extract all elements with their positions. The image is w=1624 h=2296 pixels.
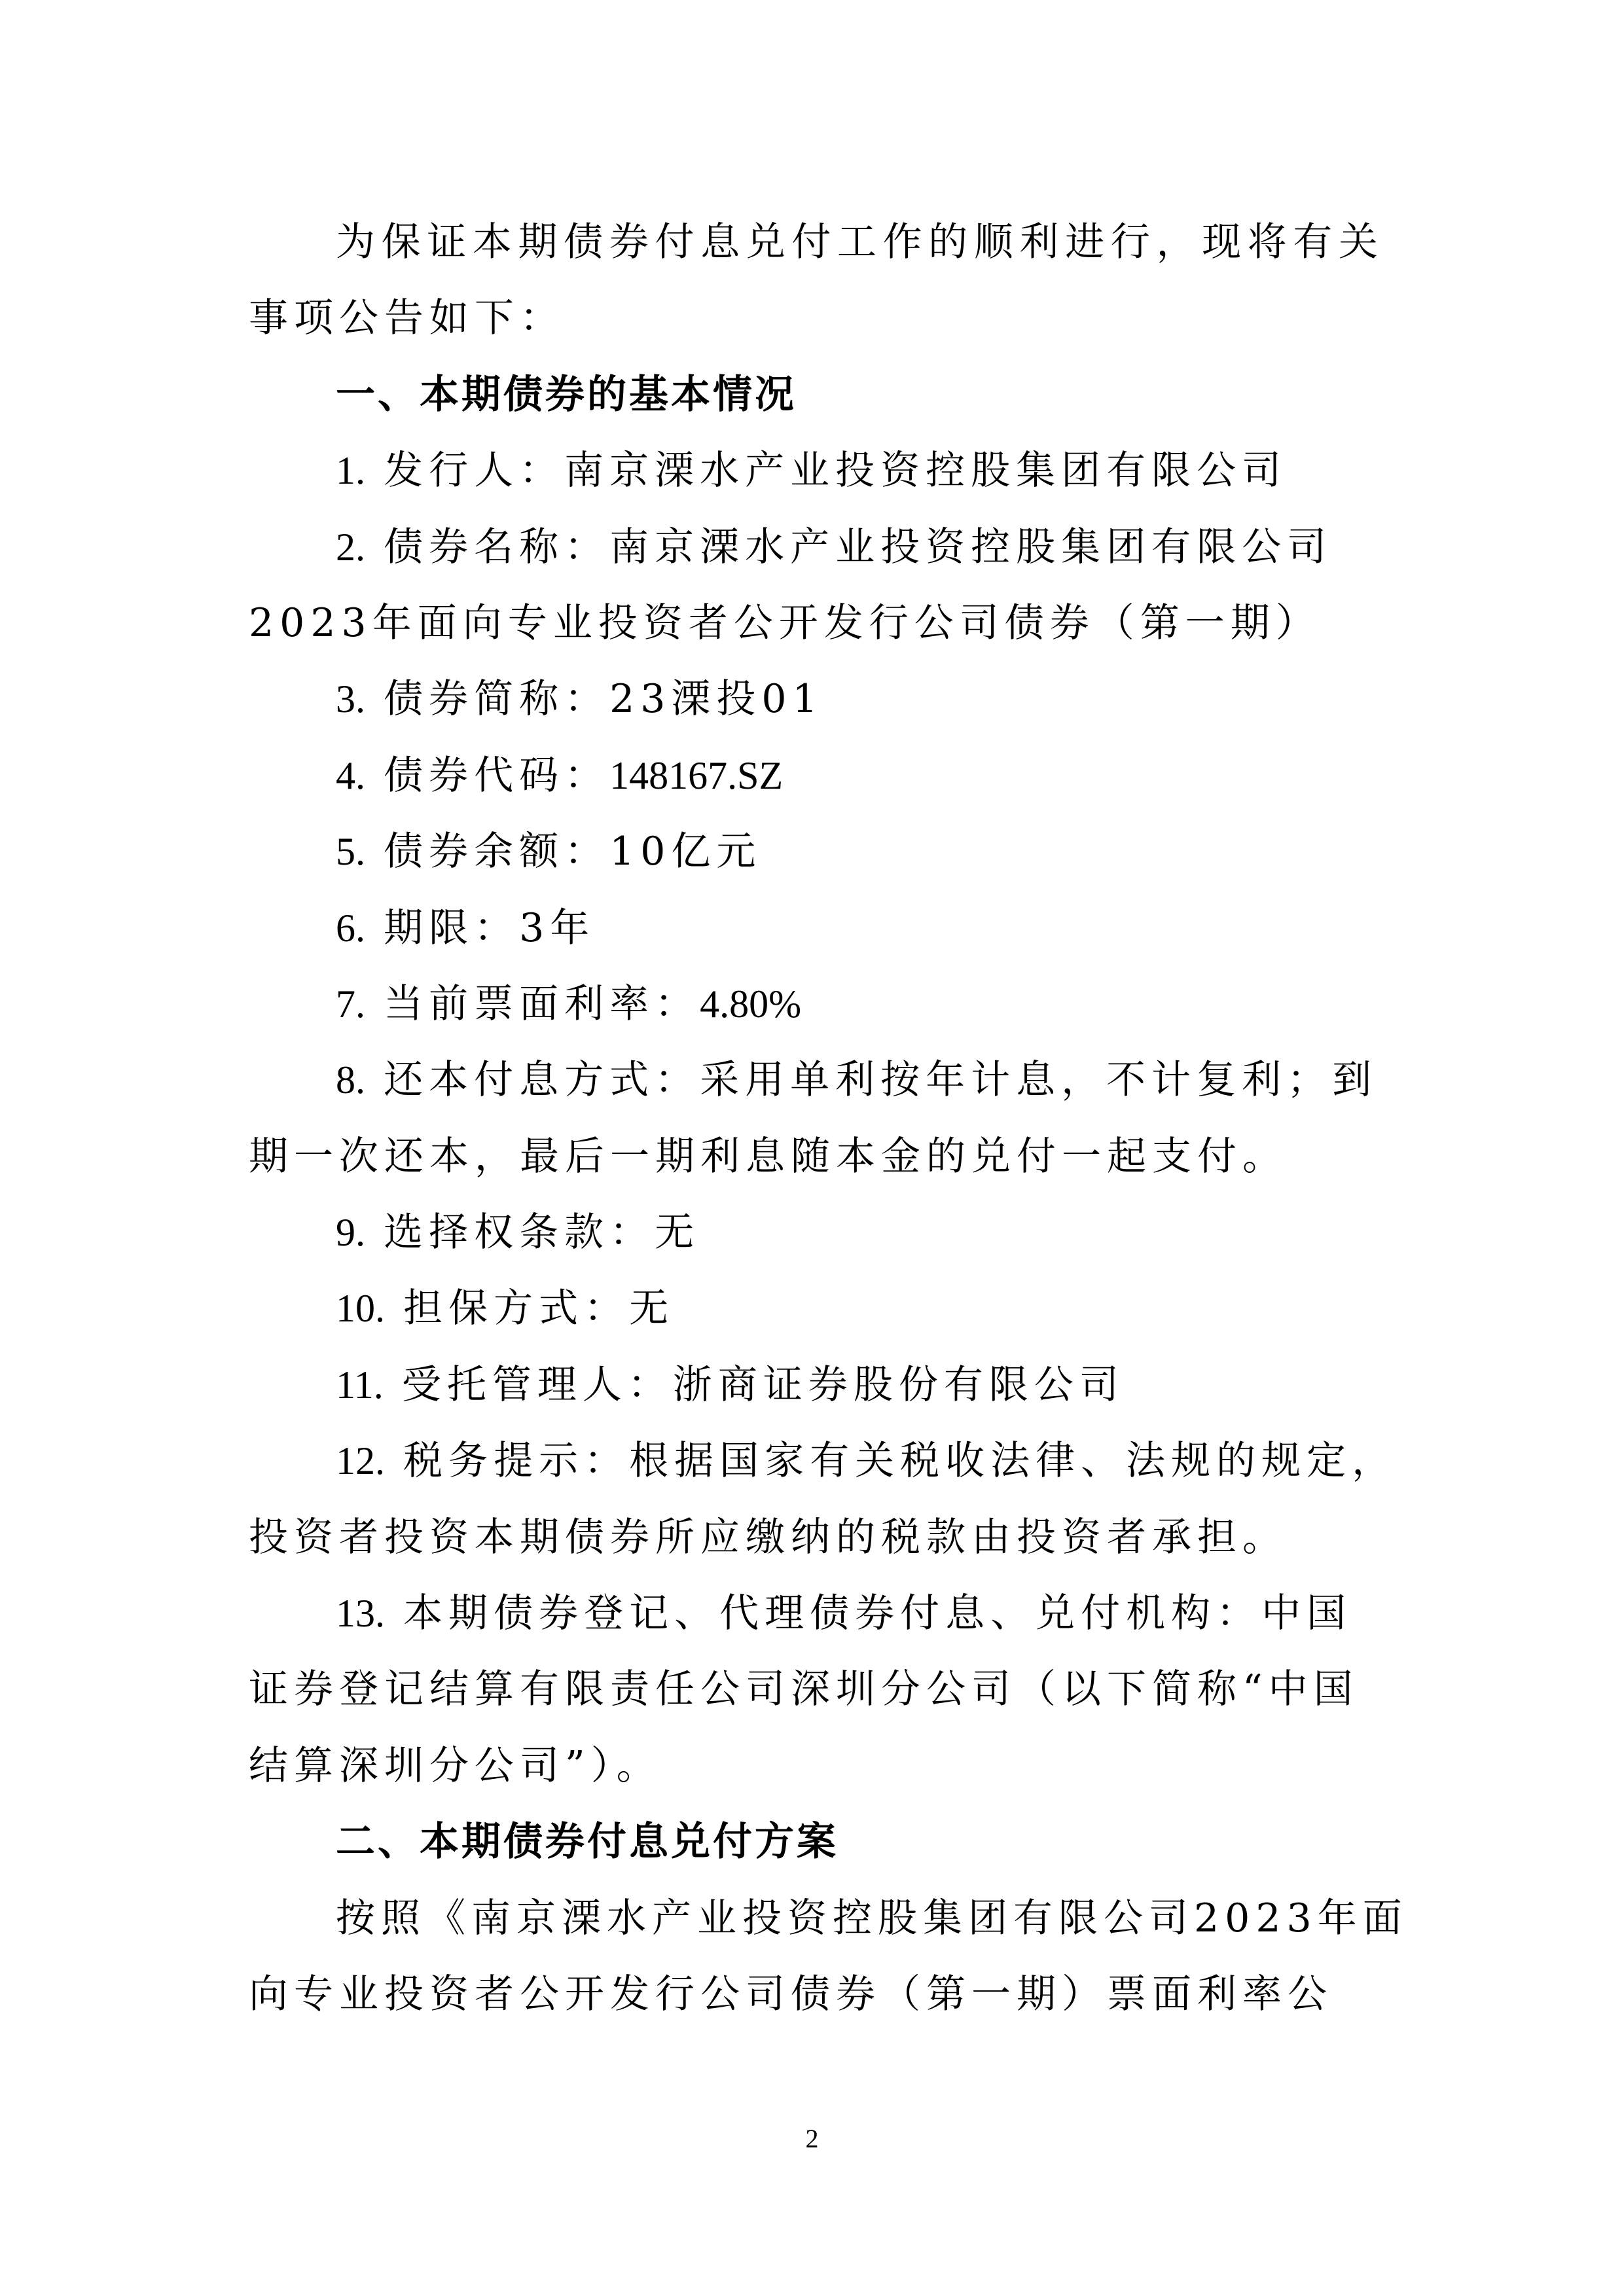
item-number: 2. xyxy=(336,526,365,569)
section-2-paragraph-line-1: 按照《南京溧水产业投资控股集团有限公司2023年面 xyxy=(249,1880,1378,1956)
item-label: 发行人： xyxy=(384,448,564,493)
item-number: 11. xyxy=(336,1363,384,1407)
document-page: 为保证本期债券付息兑付工作的顺利进行，现将有关 事项公告如下： 一、本期债券的基… xyxy=(0,0,1624,2296)
item-number: 8. xyxy=(336,1058,365,1102)
list-item-issuer: 1. 发行人：南京溧水产业投资控股集团有限公司 xyxy=(249,433,1378,509)
item-number: 7. xyxy=(336,982,365,1026)
document-body: 为保证本期债券付息兑付工作的顺利进行，现将有关 事项公告如下： 一、本期债券的基… xyxy=(249,204,1378,2032)
item-number: 4. xyxy=(336,754,365,797)
item-label: 当前票面利率： xyxy=(384,981,700,1027)
item-label: 期限： xyxy=(384,905,519,951)
item-value: 10亿元 xyxy=(609,829,761,874)
item-value: 南京溧水产业投资控股集团有限公司 xyxy=(609,524,1332,570)
item-value: 4.80% xyxy=(700,982,801,1026)
item-number: 6. xyxy=(336,906,365,950)
section-1-heading: 一、本期债券的基本情况 xyxy=(249,357,1378,433)
list-item-repayment-method: 8. 还本付息方式：采用单利按年计息，不计复利；到 xyxy=(249,1042,1378,1118)
list-item-guarantee: 10. 担保方式：无 xyxy=(249,1270,1378,1346)
list-item-registration-agent-continuation: 证券登记结算有限责任公司深圳分公司（以下简称“中国 xyxy=(249,1651,1378,1727)
list-item-tax-notice: 12. 税务提示：根据国家有关税收法律、法规的规定， xyxy=(249,1423,1378,1499)
item-number: 12. xyxy=(336,1439,385,1482)
item-value: 无 xyxy=(655,1210,700,1255)
section-2-paragraph-line-2: 向专业投资者公开发行公司债券（第一期）票面利率公 xyxy=(249,1956,1378,2032)
list-item-trustee: 11. 受托管理人：浙商证券股份有限公司 xyxy=(249,1347,1378,1423)
item-label: 担保方式： xyxy=(403,1285,629,1331)
list-item-coupon-rate: 7. 当前票面利率：4.80% xyxy=(249,966,1378,1042)
list-item-tax-notice-continuation: 投资者投资本期债券所应缴纳的税款由投资者承担。 xyxy=(249,1499,1378,1575)
intro-line-1: 为保证本期债券付息兑付工作的顺利进行，现将有关 xyxy=(249,204,1378,280)
item-value: 23溧投01 xyxy=(609,676,823,722)
list-item-bond-balance: 5. 债券余额：10亿元 xyxy=(249,814,1378,889)
list-item-bond-code: 4. 债券代码：148167.SZ xyxy=(249,738,1378,814)
list-item-registration-agent-continuation-2: 结算深圳分公司”）。 xyxy=(249,1728,1378,1804)
list-item-option-clause: 9. 选择权条款：无 xyxy=(249,1194,1378,1270)
item-label: 债券名称： xyxy=(384,524,609,570)
item-number: 13. xyxy=(336,1592,385,1635)
item-value: 148167.SZ xyxy=(609,754,783,797)
item-number: 10. xyxy=(336,1287,385,1330)
item-value: 根据国家有关税收法律、法规的规定， xyxy=(629,1438,1397,1484)
list-item-bond-abbreviation: 3. 债券简称：23溧投01 xyxy=(249,661,1378,737)
list-item-registration-agent: 13. 本期债券登记、代理债券付息、兑付机构：中国 xyxy=(249,1575,1378,1651)
page-number: 2 xyxy=(0,2121,1624,2157)
intro-line-2: 事项公告如下： xyxy=(249,280,1378,356)
list-item-bond-name: 2. 债券名称：南京溧水产业投资控股集团有限公司 xyxy=(249,509,1378,585)
list-item-term: 6. 期限：3年 xyxy=(249,890,1378,966)
section-2-heading: 二、本期债券付息兑付方案 xyxy=(249,1804,1378,1880)
item-number: 3. xyxy=(336,677,365,721)
item-label: 本期债券登记、代理债券付息、兑付机构： xyxy=(403,1590,1261,1636)
item-label: 税务提示： xyxy=(403,1438,629,1484)
item-label: 选择权条款： xyxy=(384,1210,655,1255)
item-value: 无 xyxy=(629,1285,674,1331)
item-label: 还本付息方式： xyxy=(384,1057,700,1103)
item-value: 中国 xyxy=(1261,1590,1352,1636)
item-label: 受托管理人： xyxy=(402,1362,673,1408)
item-label: 债券代码： xyxy=(384,753,609,798)
list-item-bond-name-continuation: 2023年面向专业投资者公开发行公司债券（第一期） xyxy=(249,585,1378,661)
item-label: 债券简称： xyxy=(384,676,609,722)
item-value: 南京溧水产业投资控股集团有限公司 xyxy=(564,448,1287,493)
item-label: 债券余额： xyxy=(384,829,609,874)
item-number: 5. xyxy=(336,830,365,873)
list-item-repayment-method-continuation: 期一次还本，最后一期利息随本金的兑付一起支付。 xyxy=(249,1119,1378,1194)
item-number: 1. xyxy=(336,449,365,492)
item-value: 采用单利按年计息，不计复利；到 xyxy=(700,1057,1377,1103)
item-value: 3年 xyxy=(519,905,595,951)
item-value: 浙商证券股份有限公司 xyxy=(673,1362,1125,1408)
item-number: 9. xyxy=(336,1211,365,1254)
